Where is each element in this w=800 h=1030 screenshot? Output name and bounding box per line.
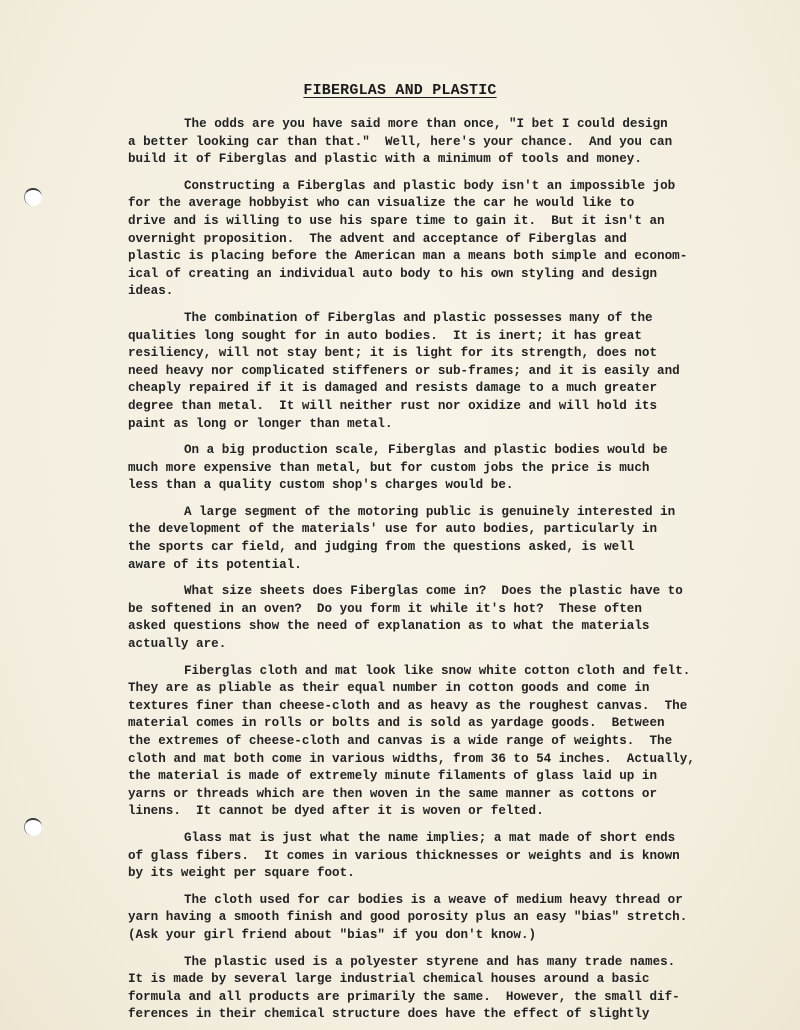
paragraph: The cloth used for car bodies is a weave… [128, 892, 768, 945]
document-title: FIBERGLAS AND PLASTIC [0, 82, 800, 99]
paragraph: Fiberglas cloth and mat look like snow w… [128, 663, 768, 821]
text-line: (Ask your girl friend about "bias" if yo… [128, 927, 768, 945]
text-line: be softened in an oven? Do you form it w… [128, 601, 768, 619]
paragraph: The combination of Fiberglas and plastic… [128, 310, 768, 433]
title-text: FIBERGLAS AND PLASTIC [303, 82, 496, 99]
paragraph: A large segment of the motoring public i… [128, 504, 768, 574]
text-line: drive and is willing to use his spare ti… [128, 213, 768, 231]
text-line: ideas. [128, 283, 768, 301]
text-line: asked questions show the need of explana… [128, 618, 768, 636]
text-line: ferences in their chemical structure doe… [128, 1006, 768, 1024]
text-line: cheaply repaired if it is damaged and re… [128, 380, 768, 398]
text-line: qualities long sought for in auto bodies… [128, 328, 768, 346]
text-line: degree than metal. It will neither rust … [128, 398, 768, 416]
text-line: the material is made of extremely minute… [128, 768, 768, 786]
text-line: the extremes of cheese-cloth and canvas … [128, 733, 768, 751]
punch-hole-icon [24, 188, 42, 206]
text-line: material comes in rolls or bolts and is … [128, 715, 768, 733]
scanned-page: FIBERGLAS AND PLASTIC The odds are you h… [0, 0, 800, 1030]
text-line: a better looking car than that." Well, h… [128, 134, 768, 152]
text-line: resiliency, will not stay bent; it is li… [128, 345, 768, 363]
text-line: overnight proposition. The advent and ac… [128, 231, 768, 249]
paragraph: What size sheets does Fiberglas come in?… [128, 583, 768, 653]
text-line: On a big production scale, Fiberglas and… [128, 442, 768, 460]
text-line: What size sheets does Fiberglas come in?… [128, 583, 768, 601]
paragraph: The odds are you have said more than onc… [128, 116, 768, 169]
paragraph: On a big production scale, Fiberglas and… [128, 442, 768, 495]
text-line: paint as long or longer than metal. [128, 416, 768, 434]
text-line: much more expensive than metal, but for … [128, 460, 768, 478]
text-line: less than a quality custom shop's charge… [128, 477, 768, 495]
text-line: They are as pliable as their equal numbe… [128, 680, 768, 698]
text-line: yarn having a smooth finish and good por… [128, 909, 768, 927]
text-line: actually are. [128, 636, 768, 654]
text-line: the development of the materials' use fo… [128, 521, 768, 539]
text-line: the sports car field, and judging from t… [128, 539, 768, 557]
paragraph: The plastic used is a polyester styrene … [128, 954, 768, 1024]
text-line: Constructing a Fiberglas and plastic bod… [128, 178, 768, 196]
text-line: aware of its potential. [128, 557, 768, 575]
text-line: for the average hobbyist who can visuali… [128, 195, 768, 213]
text-line: yarns or threads which are then woven in… [128, 786, 768, 804]
paragraph: Glass mat is just what the name implies;… [128, 830, 768, 883]
text-line: Fiberglas cloth and mat look like snow w… [128, 663, 768, 681]
text-line: formula and all products are primarily t… [128, 989, 768, 1007]
text-line: of glass fibers. It comes in various thi… [128, 848, 768, 866]
text-line: The odds are you have said more than onc… [128, 116, 768, 134]
text-line: need heavy nor complicated stiffeners or… [128, 363, 768, 381]
document-body: The odds are you have said more than onc… [128, 116, 768, 1030]
text-line: textures finer than cheese-cloth and as … [128, 698, 768, 716]
text-line: A large segment of the motoring public i… [128, 504, 768, 522]
text-line: The cloth used for car bodies is a weave… [128, 892, 768, 910]
paragraph: Constructing a Fiberglas and plastic bod… [128, 178, 768, 301]
text-line: plastic is placing before the American m… [128, 248, 768, 266]
text-line: The combination of Fiberglas and plastic… [128, 310, 768, 328]
text-line: ical of creating an individual auto body… [128, 266, 768, 284]
text-line: by its weight per square foot. [128, 865, 768, 883]
text-line: build it of Fiberglas and plastic with a… [128, 151, 768, 169]
text-line: linens. It cannot be dyed after it is wo… [128, 803, 768, 821]
punch-hole-icon [24, 818, 42, 836]
text-line: It is made by several large industrial c… [128, 971, 768, 989]
text-line: Glass mat is just what the name implies;… [128, 830, 768, 848]
text-line: The plastic used is a polyester styrene … [128, 954, 768, 972]
text-line: cloth and mat both come in various width… [128, 751, 768, 769]
